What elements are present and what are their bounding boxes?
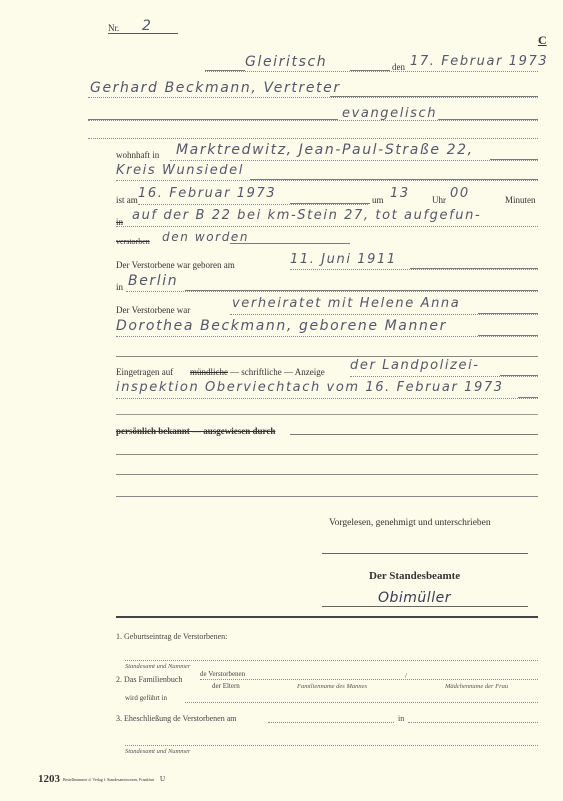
identity-fill (290, 434, 538, 435)
note-2-sub-woman: Mädchenname der Frau (445, 683, 508, 690)
identity-label-struck: persönlich bekannt — ausgewiesen durch (116, 426, 275, 436)
registrar-title: Der Standesbeamte (369, 570, 460, 582)
note-2-option2: der Eltern (212, 682, 240, 690)
blank-line-5 (116, 474, 538, 475)
date-line (205, 71, 538, 72)
oral-struck: mündliche (190, 367, 228, 377)
blank-line-4 (116, 454, 538, 455)
birth-place-rule (126, 291, 538, 292)
residence-line2-fill (250, 179, 538, 180)
death-date-label: ist am (116, 195, 138, 205)
birth-in-label: in (116, 282, 123, 292)
marital-line2: Dorothea Beckmann, geborene Manner (116, 318, 447, 334)
note-2-kept-rule (185, 702, 538, 703)
death-place-line2: den worden (162, 230, 249, 244)
form-number: 1203 (38, 773, 60, 785)
informant-fill (330, 96, 538, 97)
marital-fill2 (478, 335, 538, 336)
death-place-fill (230, 243, 350, 244)
death-hour: 13 (390, 186, 410, 201)
entry-number: 2 (142, 18, 153, 34)
registrar-signature: Obimüller (375, 590, 454, 606)
signature-line-2 (322, 606, 528, 607)
number-underline (108, 33, 178, 34)
residence-fill (490, 159, 538, 160)
note-1-label: 1. Geburtseintrag de Verstorbenen: (116, 632, 227, 641)
death-place-line1: auf der B 22 bei km-Stein 27, tot aufgef… (132, 208, 481, 223)
residence-line2: Kreis Wunsiedel (116, 163, 244, 178)
note-3-in: in (398, 714, 404, 723)
residence-line2-rule (116, 180, 538, 181)
death-place-rule1 (116, 226, 538, 227)
birth-place-fill (185, 290, 538, 291)
marital-label: Der Verstorbene war (116, 305, 190, 315)
number-label: Nr. (108, 23, 119, 33)
registration-fill2 (518, 397, 538, 398)
corner-mark: C (538, 33, 547, 48)
marital-fill1 (478, 313, 538, 314)
section-divider (116, 616, 538, 618)
death-date-fill (290, 203, 370, 204)
registry-date: 17. Februar 1973 (410, 54, 548, 69)
death-register-page: Nr. 2 C Gleiritsch den 17. Februar 1973 … (0, 0, 563, 801)
note-1-sub: Standesamt und Nummer (125, 663, 190, 670)
registration-line1: der Landpolizei- (350, 358, 480, 373)
birth-place: Berlin (128, 273, 178, 289)
informant-religion: evangelisch (342, 106, 437, 121)
note-2-sub-man: Familienname des Mannes (297, 683, 367, 690)
publisher-info: Bestellnummer d. Verlag f. Standesamtswe… (63, 777, 154, 782)
registration-rule2 (116, 398, 538, 399)
note-2-option1: de Verstorbenen (200, 670, 245, 678)
birth-date-rule (290, 269, 538, 270)
note-2-rule (200, 679, 538, 680)
registration-label-suffix: — schriftliche — Anzeige (230, 367, 325, 377)
marital-line1: verheiratet mit Helene Anna (232, 296, 460, 311)
blank-line-6 (116, 496, 538, 497)
note-3-place-rule (408, 722, 538, 723)
blank-line-3 (116, 414, 538, 415)
death-minutes: 00 (450, 186, 470, 201)
blank-line-1 (88, 138, 538, 139)
informant-line (88, 97, 538, 98)
note-3-label: 3. Eheschließung de Verstorbenen am (116, 714, 236, 723)
note-2-kept-at: wird geführt in (125, 694, 167, 702)
note-1-rule (125, 660, 538, 661)
registry-place: Gleiritsch (245, 54, 327, 70)
religion-line (88, 120, 538, 121)
registration-fill1 (500, 375, 538, 376)
footer-mark: U (160, 775, 165, 783)
birth-date-fill (410, 268, 538, 269)
note-3-sub: Standesamt und Nummer (125, 748, 190, 755)
minutes-label: Minuten (505, 195, 536, 205)
birth-label: Der Verstorbene war geboren am (116, 260, 235, 270)
note-3-rule (125, 745, 538, 746)
blank-line-2 (116, 356, 538, 357)
note-2-label: 2. Das Familienbuch (116, 675, 182, 684)
signature-line-1 (322, 553, 528, 554)
uhr-label: Uhr (432, 195, 446, 205)
note-2-slash: / (405, 672, 407, 680)
marital-rule1 (230, 314, 538, 315)
informant-name: Gerhard Beckmann, Vertreter (90, 80, 341, 96)
residence-line1: Marktredwitz, Jean-Paul-Straße 22, (176, 142, 474, 158)
read-approved-text: Vorgelesen, genehmigt und unterschrieben (329, 518, 491, 528)
death-date: 16. Februar 1973 (138, 186, 276, 201)
registration-label-prefix: Eingetragen auf (116, 367, 173, 377)
registration-rule1 (350, 376, 538, 377)
residence-line1-rule (170, 160, 538, 161)
registration-line2: inspektion Oberviechtach vom 16. Februar… (116, 380, 504, 395)
death-date-rule (138, 204, 368, 205)
verstorben-struck: verstorben (116, 237, 150, 246)
birth-date: 11. Juni 1911 (290, 252, 397, 267)
note-3-date-rule (268, 722, 394, 723)
hour-label: um (372, 195, 384, 205)
residence-label: wohnhaft in (116, 150, 159, 160)
marital-rule2 (116, 336, 538, 337)
